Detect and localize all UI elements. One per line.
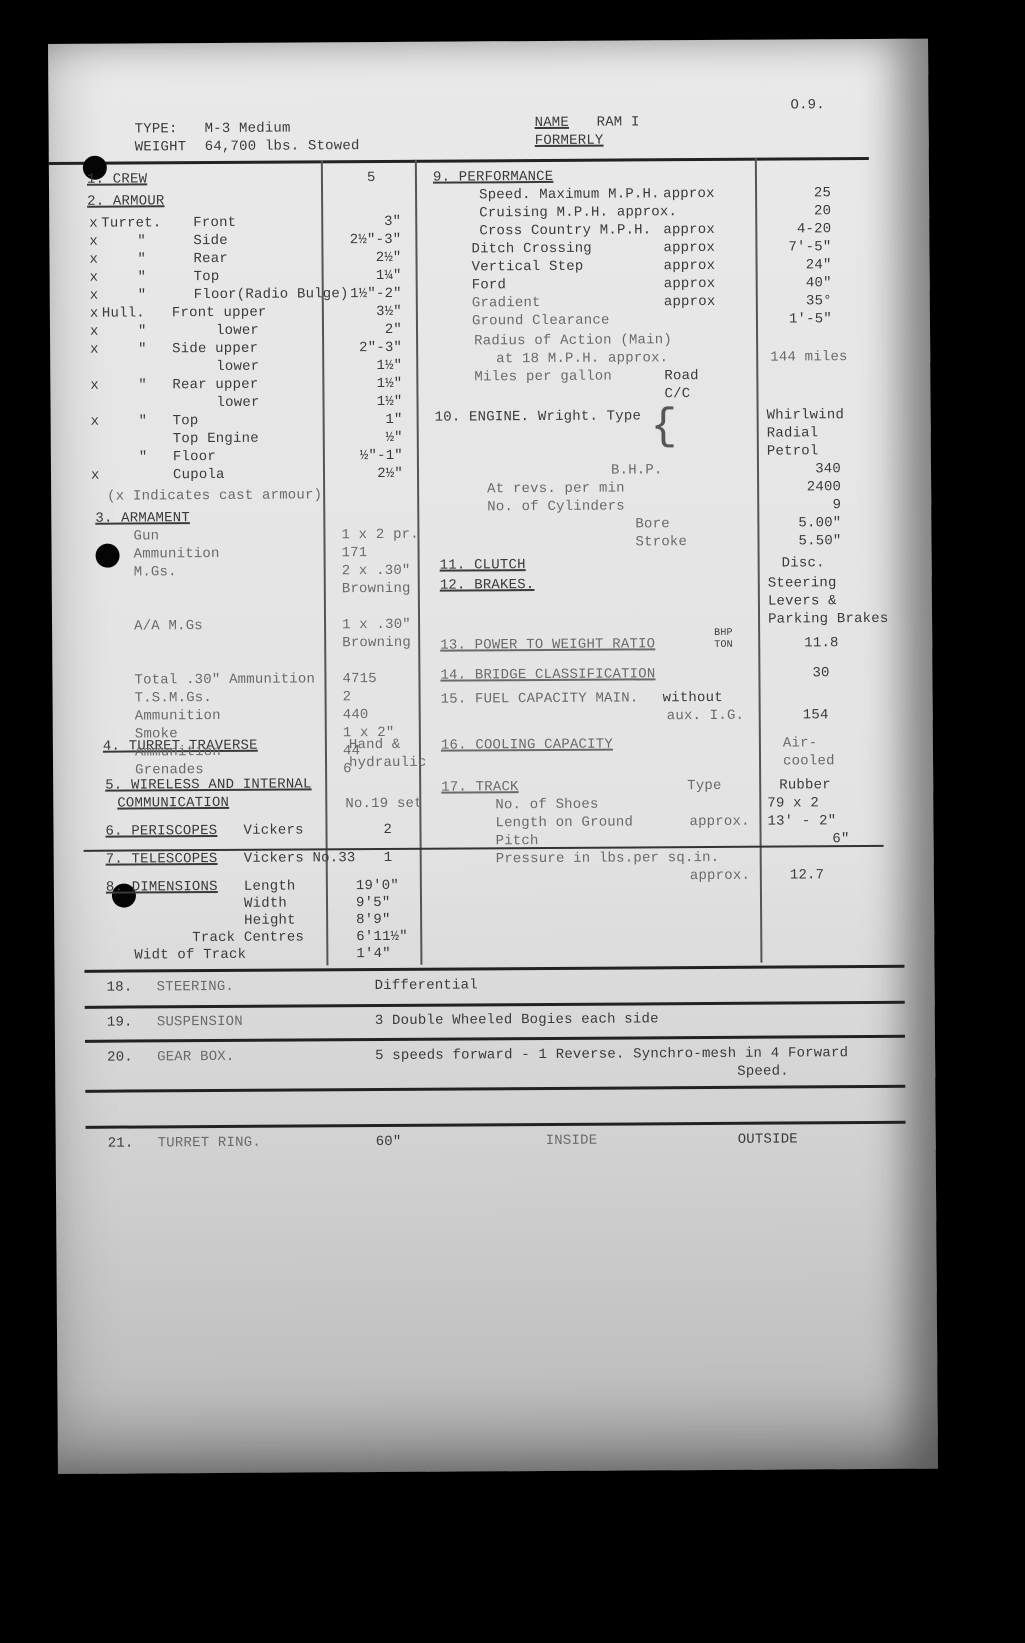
armour-part-sub: lower — [216, 359, 259, 375]
armament-value: 6 — [343, 761, 352, 777]
armament-label: Ammunition — [134, 546, 220, 563]
armour-part: Turret. — [101, 215, 161, 231]
clutch-value: Disc. — [782, 555, 825, 571]
fuel-label: 15. FUEL CAPACITY MAIN. — [441, 690, 639, 707]
armour-part-sub: lower — [216, 323, 259, 339]
bridge-value: 30 — [812, 665, 829, 681]
engine-label: At revs. per min — [487, 480, 625, 497]
periscopes-label: 6. PERISCOPES — [105, 823, 217, 840]
dimension-value: 6'11½" — [356, 929, 408, 945]
formerly-label: FORMERLY — [535, 133, 604, 149]
dimension-value: 1'4" — [356, 946, 391, 962]
dimension-label: Track Centres — [192, 929, 304, 946]
wireless-label-2: COMMUNICATION — [117, 795, 229, 812]
telescopes-sub: Vickers No.33 — [244, 850, 356, 867]
dimension-label: Width — [244, 896, 287, 912]
dimension-label: Length — [244, 879, 296, 895]
bottom-row-label: TURRET RING. — [158, 1135, 261, 1152]
turret-ring-outside: OUTSIDE — [738, 1131, 798, 1147]
turret-traverse-value-2: hydraulic — [349, 755, 427, 771]
brace-icon: { — [651, 402, 678, 452]
armour-part: " — [137, 233, 146, 249]
armament-label: Smoke — [135, 726, 178, 742]
performance-value: 25 — [711, 185, 831, 202]
armour-heading: 2. ARMOUR — [87, 193, 165, 209]
mpg-cc: C/C — [664, 386, 690, 402]
performance-qualifier: approx — [663, 222, 715, 238]
armour-value: ½" — [283, 430, 403, 447]
armament-label: A/A M.Gs — [134, 618, 203, 634]
weight-value: 64,700 lbs. Stowed — [205, 138, 360, 155]
armament-list — [48, 39, 928, 44]
armour-mark: x — [90, 270, 99, 286]
engine-label: 10. ENGINE. Wright. Type — [435, 408, 642, 425]
dimension-value: 8'9" — [356, 912, 391, 928]
brakes-label: 12. BRAKES. — [440, 577, 535, 594]
bottom-rows — [48, 39, 928, 44]
track-label: Pressure in lbs.per sq.in. — [496, 850, 720, 867]
column-divider — [415, 160, 423, 965]
armament-label: Ammunition — [135, 744, 221, 761]
armour-mark: x — [91, 414, 100, 430]
crew-value: 5 — [367, 170, 376, 186]
performance-value: 24" — [712, 257, 832, 274]
bottom-row-value: 5 speeds forward - 1 Reverse. Synchro-me… — [375, 1045, 848, 1064]
armour-value: 2½"-3" — [281, 232, 401, 249]
weight-label: WEIGHT — [135, 139, 187, 155]
engine-label: Bore — [635, 516, 670, 532]
armour-value: 1½" — [282, 394, 402, 411]
armament-label: Ammunition — [135, 708, 221, 725]
performance-value: 20 — [711, 203, 831, 220]
performance-label: Cross Country M.P.H. — [479, 222, 651, 239]
row-rule — [85, 1001, 905, 1009]
armour-part-sub: Floor — [173, 449, 216, 465]
dimension-value: 9'5" — [356, 895, 391, 911]
armament-heading: 3. ARMAMENT — [95, 510, 190, 527]
performance-value: 7'-5" — [711, 239, 831, 256]
armour-value: ½"-1" — [283, 448, 403, 465]
name-value: RAM I — [597, 114, 640, 130]
reference-number: O.9. — [790, 97, 825, 113]
engine-value: 2400 — [721, 479, 841, 496]
armament-label: Total .30" Ammunition — [134, 671, 315, 688]
armament-value: Browning — [342, 581, 411, 597]
bottom-row-label: GEAR BOX. — [157, 1049, 235, 1065]
armament-value: 440 — [343, 707, 369, 723]
performance-list — [48, 39, 928, 44]
armour-part: " — [138, 323, 147, 339]
radius-value: 144 miles — [770, 349, 848, 365]
periscopes-value: 2 — [383, 822, 392, 838]
armour-part-sub: Front upper — [172, 305, 267, 322]
bottom-row-value: Differential — [375, 977, 478, 994]
bottom-row-label: SUSPENSION — [157, 1014, 243, 1031]
performance-label: Ground Clearance — [472, 313, 610, 330]
armour-mark: x — [89, 252, 98, 268]
track-label: Pitch — [496, 833, 539, 849]
track-value: 12.7 — [790, 867, 825, 883]
track-label: Length on Ground — [495, 814, 633, 831]
bottom-row-number: 19. — [107, 1015, 133, 1031]
armour-part-sub: Top — [173, 413, 199, 429]
engine-label: Stroke — [635, 534, 687, 550]
performance-qualifier: approx — [663, 240, 715, 256]
armament-label: T.S.M.Gs. — [135, 690, 213, 706]
telescopes-value: 1 — [384, 850, 393, 866]
power-weight-unit-top: BHP — [714, 628, 733, 639]
armour-value: 1¼" — [282, 268, 402, 285]
performance-value: 4-20 — [711, 221, 831, 238]
performance-value: 40" — [712, 275, 832, 292]
armour-part: " — [139, 449, 148, 465]
track-value: 79 x 2 — [767, 795, 819, 811]
engine-value: 5.00" — [721, 515, 841, 532]
bottom-row-value-2: Speed. — [737, 1064, 789, 1080]
track-type-value: Rubber — [779, 777, 831, 793]
document-page: TYPE: M-3 Medium WEIGHT 64,700 lbs. Stow… — [48, 39, 938, 1474]
radius-label: Radius of Action (Main) — [474, 332, 672, 349]
fuel-qualifier: without — [663, 690, 723, 706]
armour-part: " — [138, 269, 147, 285]
armour-mark: x — [90, 288, 99, 304]
armour-part: " — [137, 251, 146, 267]
track-value: 6" — [730, 831, 850, 848]
wireless-value: No.19 set — [345, 796, 423, 812]
armament-label: M.Gs. — [134, 564, 177, 580]
track-type-label: Type — [687, 778, 722, 794]
armour-mark: x — [90, 378, 99, 394]
punch-hole — [95, 544, 119, 568]
row-rule — [85, 1085, 905, 1093]
performance-label: Cruising M.P.H. approx. — [479, 204, 677, 221]
armour-part: " — [139, 413, 148, 429]
armour-mark: x — [90, 324, 99, 340]
wireless-label: 5. WIRELESS AND INTERNAL — [105, 776, 312, 793]
performance-qualifier: approx — [664, 258, 716, 274]
engine-value: Petrol — [767, 443, 819, 459]
performance-qualifier: approx — [663, 186, 715, 202]
fuel-value: 154 — [803, 707, 829, 723]
performance-heading: 9. PERFORMANCE — [433, 169, 554, 186]
telescopes-label: 7. TELESCOPES — [106, 851, 218, 868]
armour-value: 1½" — [282, 358, 402, 375]
engine-value: Radial — [767, 425, 819, 441]
brakes-value-2: Levers & — [768, 593, 837, 609]
armour-mark: x — [89, 234, 98, 250]
engine-value: 9 — [721, 497, 841, 514]
performance-value: 35° — [712, 293, 832, 310]
armour-list — [48, 39, 928, 44]
armour-part-sub: Rear upper — [172, 377, 258, 394]
engine-label: B.H.P. — [611, 462, 663, 478]
row-rule — [85, 1035, 905, 1043]
bottom-row-label: STEERING. — [157, 979, 235, 995]
armour-part: Hull. — [102, 305, 145, 321]
crew-label: 1. CREW — [87, 171, 147, 187]
dimension-value: 19'0" — [356, 878, 399, 894]
bottom-row-number: 18. — [107, 980, 133, 996]
armament-value: Browning — [342, 635, 411, 651]
armament-label: Gun — [133, 528, 159, 544]
radius-label-2: at 18 M.P.H. approx. — [496, 350, 668, 367]
mpg-road: Road — [664, 368, 699, 384]
armour-note: (x Indicates cast armour) — [107, 487, 322, 504]
track-list — [48, 39, 928, 44]
armament-value: 2 x .30" — [342, 563, 411, 579]
armour-mark: x — [90, 342, 99, 358]
dimension-label: Widt of Track — [134, 947, 246, 964]
dimensions-list — [48, 39, 928, 44]
dimension-label: Height — [244, 913, 296, 929]
armament-value: 2 — [343, 689, 352, 705]
engine-label: No. of Cylinders — [487, 498, 625, 515]
armour-value: 1½"-2" — [282, 286, 402, 303]
performance-label: Speed. Maximum M.P.H. — [479, 186, 660, 203]
armour-mark: x — [91, 468, 100, 484]
armament-value: 1 x 2" — [343, 725, 395, 741]
performance-label: Ford — [472, 277, 507, 293]
armour-mark: x — [90, 306, 99, 322]
armour-part-sub: Top — [194, 269, 220, 285]
armour-part-sub: Cupola — [173, 467, 225, 483]
header-rule — [49, 157, 869, 165]
armament-value: 4715 — [342, 671, 377, 687]
performance-value: 1'-5" — [712, 311, 832, 328]
performance-label: Ditch Crossing — [471, 241, 592, 258]
cooling-value: Air- — [783, 735, 818, 751]
armament-value: 1 x .30" — [342, 617, 411, 633]
armour-part-sub: lower — [216, 395, 259, 411]
performance-qualifier: approx — [664, 276, 716, 292]
armour-value: 3½" — [282, 304, 402, 321]
bottom-row-number: 20. — [107, 1050, 133, 1066]
armour-value: 2"-3" — [282, 340, 402, 357]
track-qualifier: approx. — [689, 814, 749, 830]
armour-part-sub: Rear — [193, 251, 228, 267]
engine-value: 340 — [721, 461, 841, 478]
armour-value: 1" — [283, 412, 403, 429]
armour-mark: x — [89, 216, 98, 232]
cooling-label: 16. COOLING CAPACITY — [441, 737, 613, 754]
armour-part-sub: Top Engine — [173, 431, 259, 448]
armour-part-sub: Side — [193, 233, 228, 249]
brakes-value: Steering — [768, 575, 837, 591]
row-rule — [86, 1121, 906, 1129]
armament-value: 171 — [342, 545, 368, 561]
armour-value: 2" — [282, 322, 402, 339]
armour-part: " — [138, 377, 147, 393]
performance-qualifier: approx — [664, 294, 716, 310]
power-weight-label: 13. POWER TO WEIGHT RATIO — [440, 636, 655, 653]
brakes-value-3: Parking Brakes — [768, 611, 889, 628]
track-heading: 17. TRACK — [441, 779, 519, 795]
type-value: M-3 Medium — [205, 121, 291, 138]
armour-value: 1½" — [282, 376, 402, 393]
performance-label: Gradient — [472, 295, 541, 311]
row-rule — [84, 965, 904, 973]
bridge-label: 14. BRIDGE CLASSIFICATION — [440, 666, 655, 683]
armour-value: 2½" — [283, 466, 403, 483]
cooling-value-2: cooled — [783, 753, 835, 769]
armament-value: 1 x 2 pr. — [341, 527, 419, 543]
track-value: 13' - 2" — [767, 813, 836, 829]
armour-value: 2½" — [281, 250, 401, 267]
armour-part: " — [138, 341, 147, 357]
clutch-label: 11. CLUTCH — [440, 557, 526, 574]
armament-label: Grenades — [135, 762, 204, 778]
power-weight-value: 11.8 — [804, 635, 839, 651]
power-weight-unit-bottom: TON — [714, 640, 733, 651]
bottom-row-value: 60" — [376, 1134, 402, 1150]
armour-part: " — [138, 287, 147, 303]
mpg-label: Miles per gallon — [474, 369, 612, 386]
armour-value: 3" — [281, 214, 401, 231]
track-label: No. of Shoes — [495, 797, 598, 814]
type-label: TYPE: — [135, 121, 178, 137]
engine-list — [48, 39, 928, 44]
fuel-qualifier-2: aux. I.G. — [667, 708, 745, 724]
armour-part-sub: Front — [193, 215, 236, 231]
armour-part-sub: Side upper — [172, 341, 258, 358]
engine-value: Whirlwind — [767, 407, 845, 423]
turret-ring-inside: INSIDE — [546, 1133, 598, 1149]
engine-value: 5.50" — [721, 533, 841, 550]
track-qualifier: approx. — [690, 868, 750, 884]
dimensions-heading: 8. DIMENSIONS — [106, 879, 218, 896]
name-label: NAME — [535, 115, 570, 131]
armament-value: 44 — [343, 743, 360, 759]
performance-label: Vertical Step — [472, 259, 584, 276]
bottom-row-value: 3 Double Wheeled Bogies each side — [375, 1011, 659, 1029]
bottom-row-number: 21. — [108, 1136, 134, 1152]
periscopes-sub: Vickers — [243, 822, 303, 838]
